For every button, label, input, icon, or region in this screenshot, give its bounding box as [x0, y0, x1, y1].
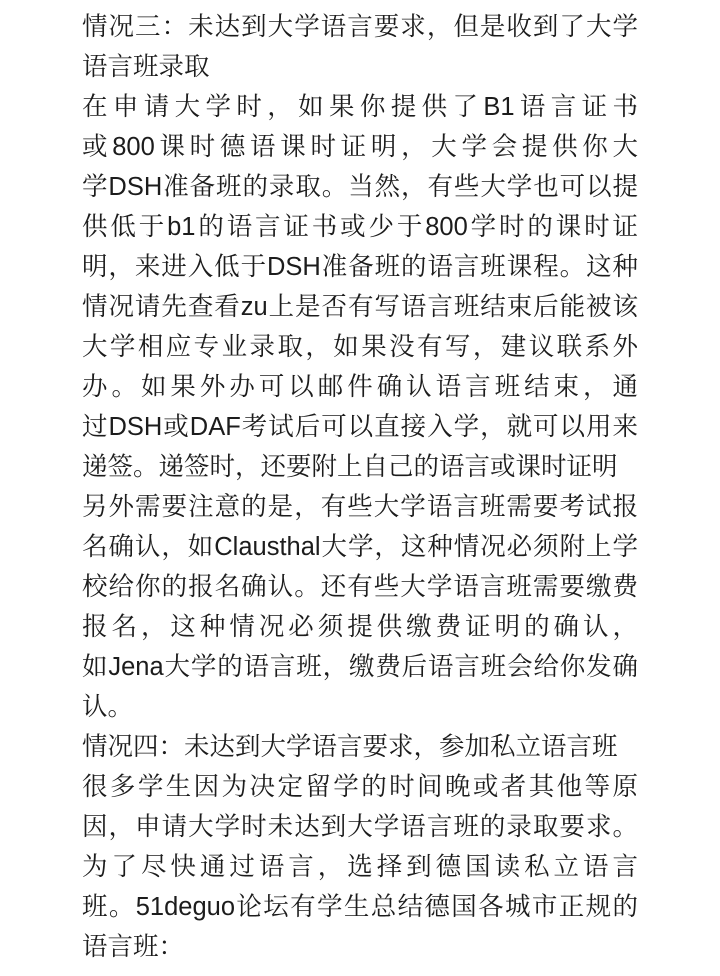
section-heading-line: 情况四：未达到大学语言要求，参加私立语言班 — [82, 727, 638, 767]
article-body: 情况三：未达到大学语言要求，但是收到了大学 语言班录取 在申请大学时，如果你提供… — [0, 0, 720, 976]
text-line: 认。 — [82, 687, 638, 727]
text-line: 语言班： — [82, 927, 638, 967]
text-line: 情况请先查看zu上是否有写语言班结束后能被该 — [82, 287, 638, 327]
text-line: 班。51deguo论坛有学生总结德国各城市正规的 — [82, 887, 638, 927]
text-line: 在申请大学时，如果你提供了B1语言证书 — [82, 87, 638, 127]
text-line: 办。如果外办可以邮件确认语言班结束，通 — [82, 367, 638, 407]
text-line: 学DSH准备班的录取。当然，有些大学也可以提 — [82, 167, 638, 207]
text-line: 如Jena大学的语言班，缴费后语言班会给你发确 — [82, 647, 638, 687]
text-line: 为了尽快通过语言，选择到德国读私立语言 — [82, 847, 638, 887]
text-line: 供低于b1的语言证书或少于800学时的课时证 — [82, 207, 638, 247]
text-line: 过DSH或DAF考试后可以直接入学，就可以用来 — [82, 407, 638, 447]
section-heading-line: 情况三：未达到大学语言要求，但是收到了大学 — [82, 7, 638, 47]
text-line: 很多学生因为决定留学的时间晚或者其他等原 — [82, 767, 638, 807]
text-line: 校给你的报名确认。还有些大学语言班需要缴费 — [82, 567, 638, 607]
text-line: 另外需要注意的是，有些大学语言班需要考试报 — [82, 487, 638, 527]
text-line: 或800课时德语课时证明，大学会提供你大 — [82, 127, 638, 167]
text-line: 递签。递签时，还要附上自己的语言或课时证明 — [82, 447, 638, 487]
text-line: 大学相应专业录取，如果没有写，建议联系外 — [82, 327, 638, 367]
text-line: 报名，这种情况必须提供缴费证明的确认， — [82, 607, 638, 647]
text-line: 名确认，如Clausthal大学，这种情况必须附上学 — [82, 527, 638, 567]
text-line: 明，来进入低于DSH准备班的语言班课程。这种 — [82, 247, 638, 287]
section-heading-line: 语言班录取 — [82, 47, 638, 87]
text-line: 因，申请大学时未达到大学语言班的录取要求。 — [82, 807, 638, 847]
screenshot-root: { "page": { "background": "#ffffff", "te… — [0, 0, 720, 976]
